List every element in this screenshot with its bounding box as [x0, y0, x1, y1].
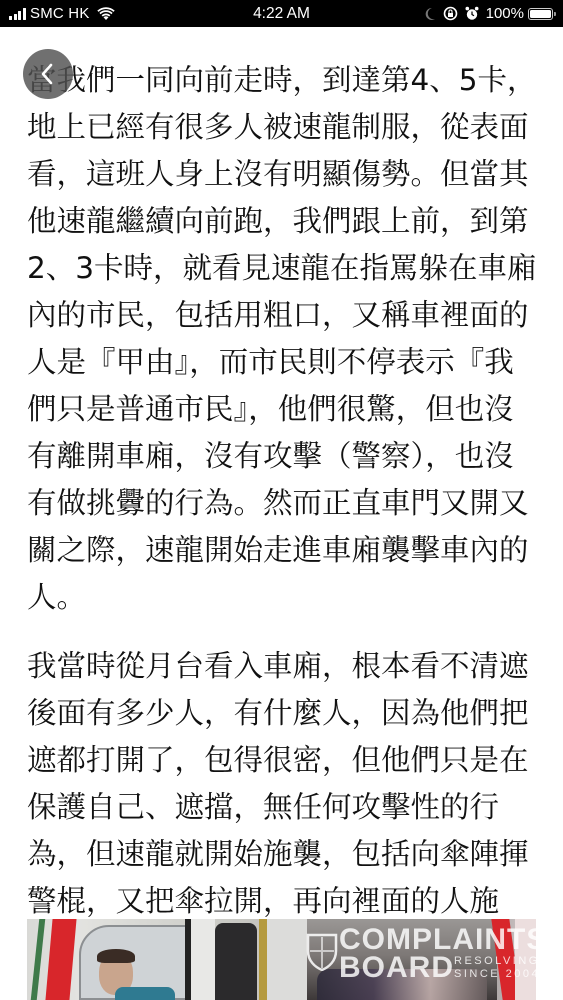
- text-line: 人。: [27, 574, 497, 621]
- chevron-left-icon: [38, 61, 58, 87]
- article-photo[interactable]: COMPLAINTS BOARD RESOLVING SINCE 2004: [27, 919, 536, 1000]
- passenger-hair: [97, 949, 135, 963]
- status-right: 100%: [424, 5, 553, 22]
- text-line: 看，這班人身上沒有明顯傷勢。但當其: [27, 151, 497, 198]
- text-line: 有離開車廂，沒有攻擊（警察），也沒: [27, 433, 497, 480]
- text-line: 他速龍繼續向前跑，我們跟上前，到第: [27, 198, 497, 245]
- paragraph-1: 當我們一同向前走時，到達第4、5卡， 地上已經有很多人被速龍制服，從表面 看，這…: [27, 57, 497, 621]
- back-button[interactable]: [23, 49, 73, 99]
- text-line: 內的市民，包括用粗口，又稱車裡面的: [27, 292, 497, 339]
- rotation-lock-icon: [443, 6, 458, 21]
- battery-icon: [528, 8, 553, 20]
- text-line: 保護自己、遮擋，無任何攻擊性的行: [27, 784, 497, 831]
- moon-icon: [424, 7, 436, 21]
- door-panel-right: [267, 919, 307, 1000]
- text-line: 們只是普通市民』，他們很驚，但也沒: [27, 386, 497, 433]
- door-window: [215, 923, 257, 1000]
- alarm-icon: [465, 6, 479, 21]
- text-line: 2、3卡時，就看見速龍在指罵躲在車廂: [27, 245, 497, 292]
- text-line: 有做挑釁的行為。然而正直車門又開又: [27, 480, 497, 527]
- text-line: 關之際，速龍開始走進車廂襲擊車內的: [27, 527, 497, 574]
- text-line: 為，但速龍就開始施襲，包括向傘陣揮: [27, 831, 497, 878]
- train-stripe: [31, 919, 46, 1000]
- text-line: 人是『甲由』，而市民則不停表示『我: [27, 339, 497, 386]
- battery-percent: 100%: [486, 5, 524, 22]
- watermark-tag-2: SINCE 2004: [454, 968, 536, 980]
- text-line: 當我們一同向前走時，到達第4、5卡，: [27, 57, 497, 104]
- article-body: 當我們一同向前走時，到達第4、5卡， 地上已經有很多人被速龍制服，從表面 看，這…: [27, 57, 497, 994]
- text-line: 警棍，又把傘拉開，再向裡面的人施: [27, 878, 497, 925]
- text-line: 遮都打開了，包得很密，但他們只是在: [27, 737, 497, 784]
- watermark-tag-1: RESOLVING: [454, 955, 536, 967]
- shield-icon: [305, 931, 339, 971]
- watermark-subtitle: BOARD: [339, 951, 454, 985]
- text-line: 地上已經有很多人被速龍制服，從表面: [27, 104, 497, 151]
- passenger-clothing: [115, 987, 175, 1000]
- door-seal: [259, 919, 267, 1000]
- status-bar: SMC HK 4:22 AM 100%: [0, 0, 563, 27]
- text-line: 後面有多少人，有什麼人，因為他們把: [27, 690, 497, 737]
- train-pole-left: [45, 919, 76, 1000]
- door-panel: [191, 919, 215, 1000]
- text-line: 我當時從月台看入車廂，根本看不清遮: [27, 643, 497, 690]
